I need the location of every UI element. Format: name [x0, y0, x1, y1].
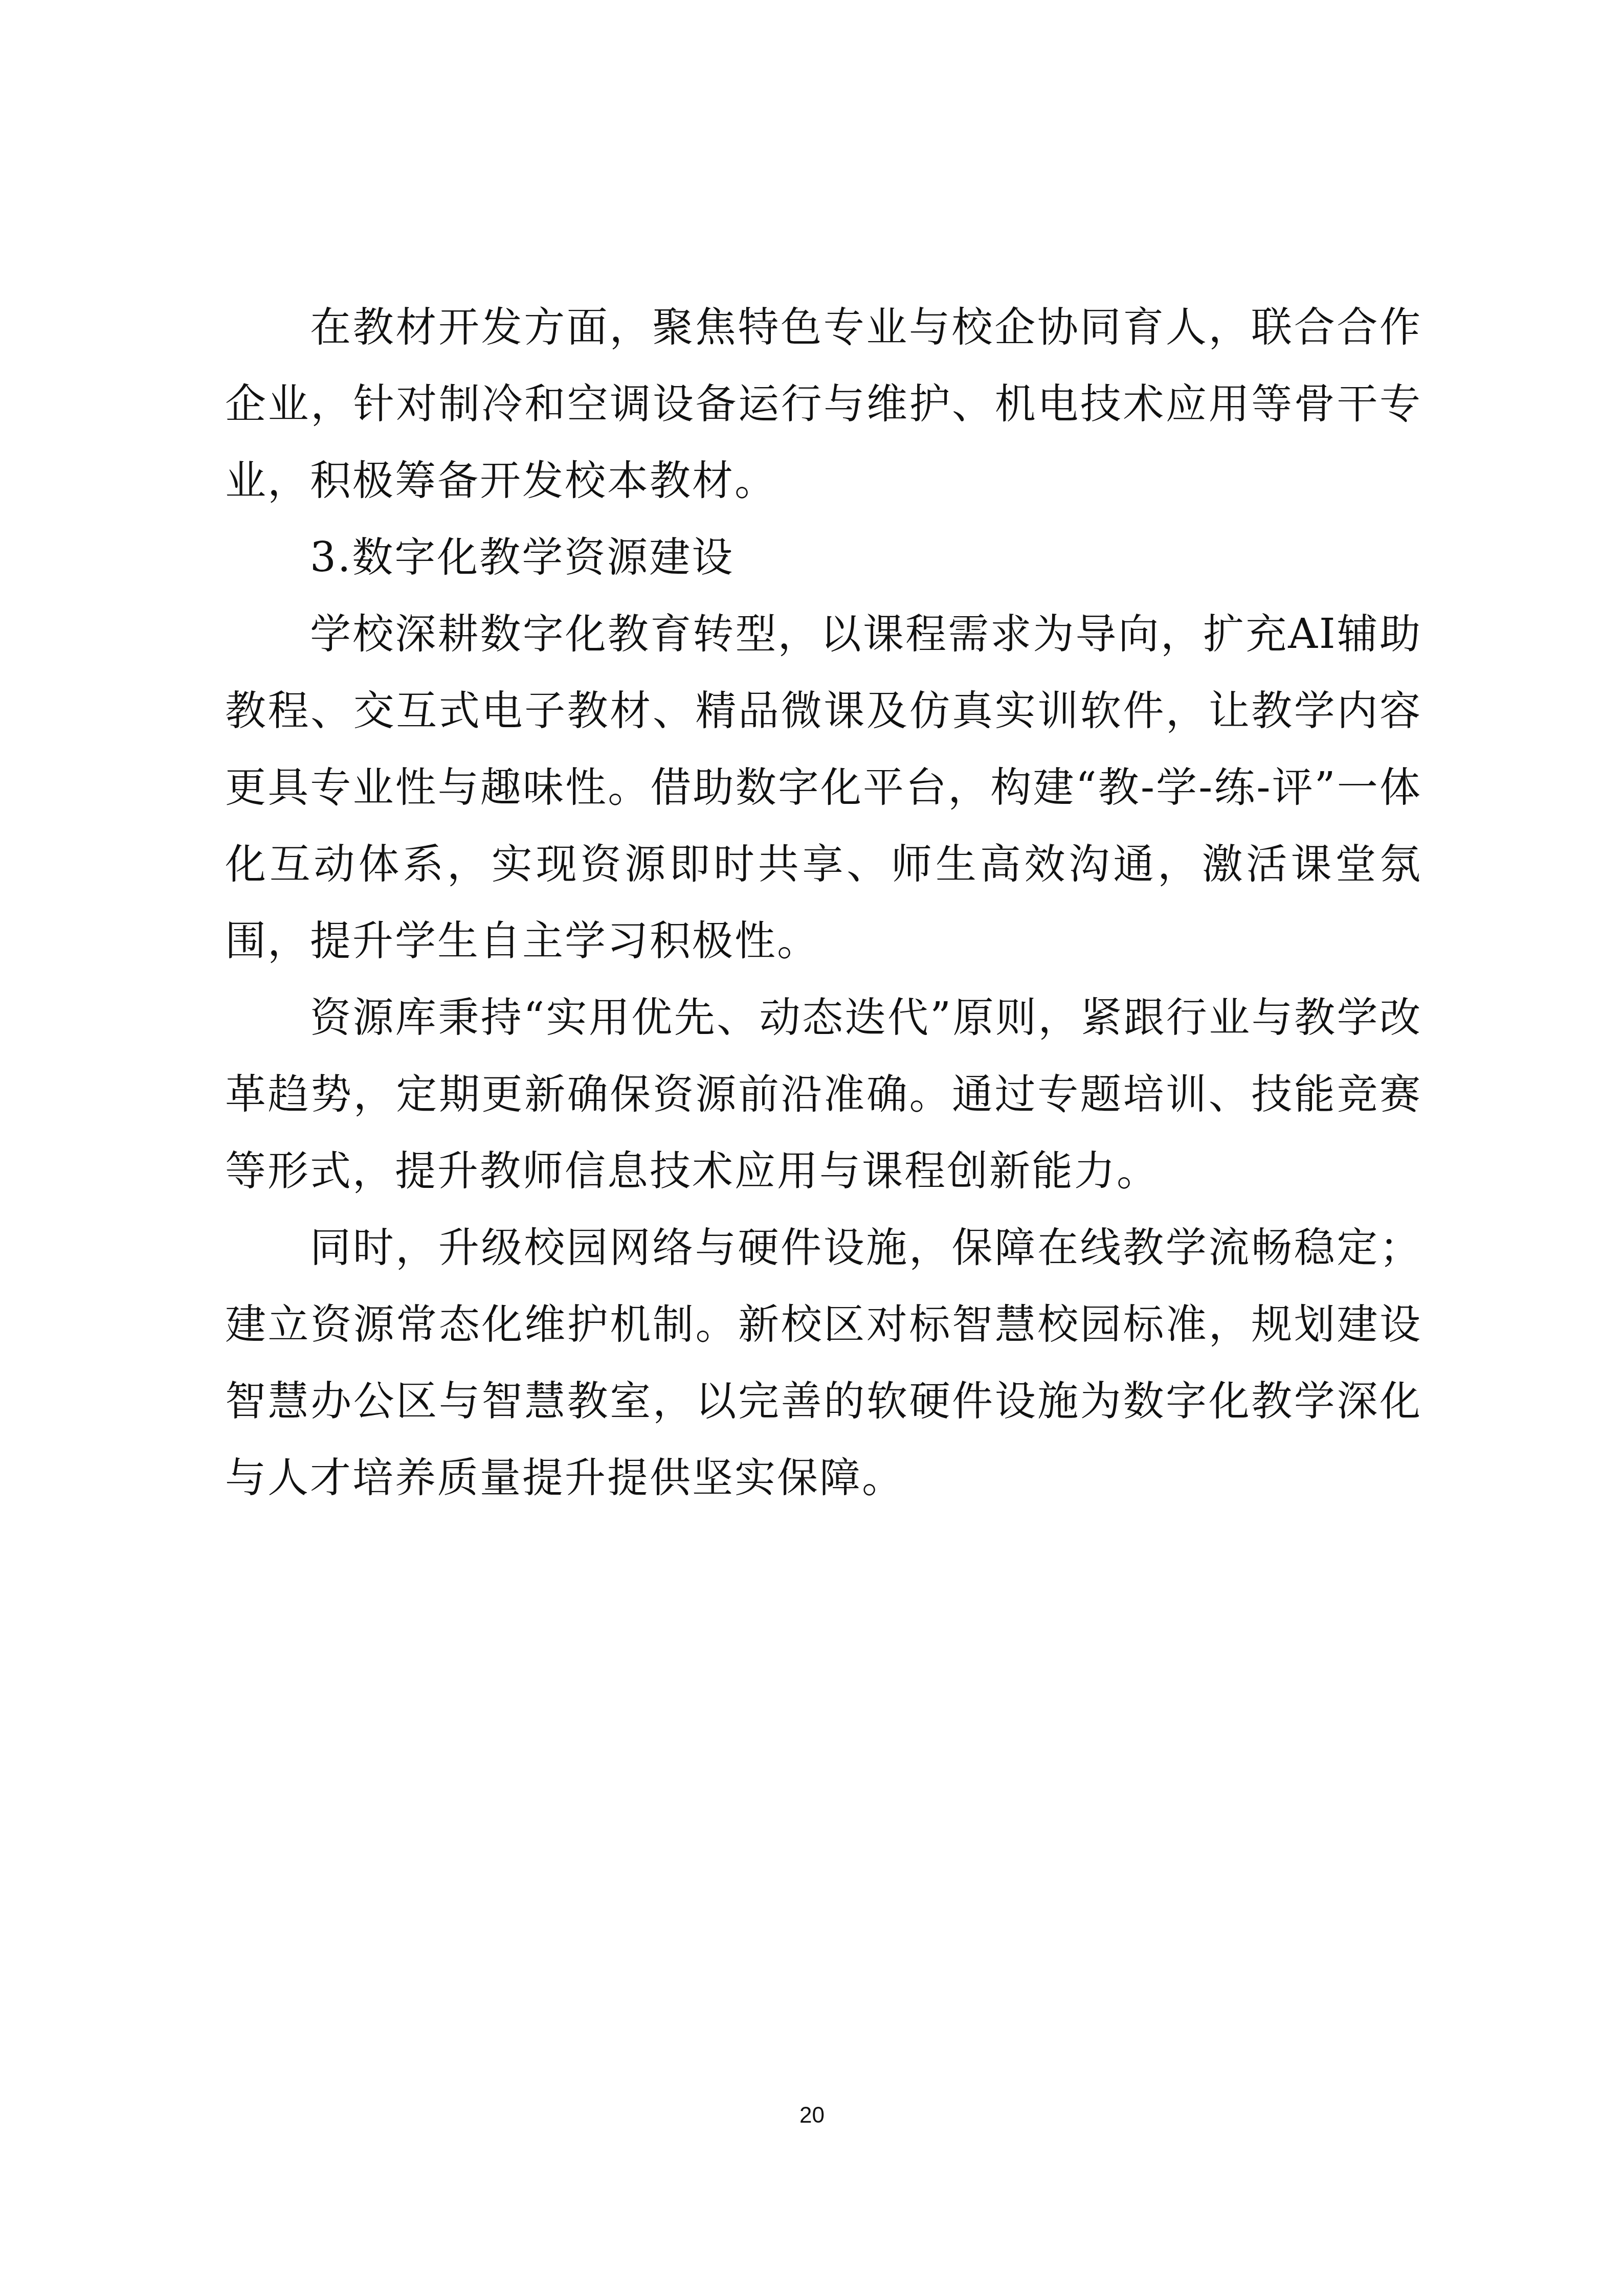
- page-number: 20: [0, 2103, 1624, 2128]
- document-page: 在教材开发方面，聚焦特色专业与校企协同育人，联合合作企业，针对制冷和空调设备运行…: [0, 0, 1624, 2296]
- section-heading-digital-resources: 3.数字化教学资源建设: [225, 519, 1422, 596]
- paragraph-infrastructure: 同时，升级校园网络与硬件设施，保障在线教学流畅稳定；建立资源常态化维护机制。新校…: [225, 1209, 1422, 1516]
- paragraph-resource-library: 资源库秉持“实用优先、动态迭代”原则，紧跟行业与教学改革趋势，定期更新确保资源前…: [225, 979, 1422, 1209]
- paragraph-textbook-development: 在教材开发方面，聚焦特色专业与校企协同育人，联合合作企业，针对制冷和空调设备运行…: [225, 289, 1422, 519]
- paragraph-digital-transformation: 学校深耕数字化教育转型，以课程需求为导向，扩充AI辅助教程、交互式电子教材、精品…: [225, 596, 1422, 979]
- page-body: 在教材开发方面，聚焦特色专业与校企协同育人，联合合作企业，针对制冷和空调设备运行…: [225, 289, 1422, 1516]
